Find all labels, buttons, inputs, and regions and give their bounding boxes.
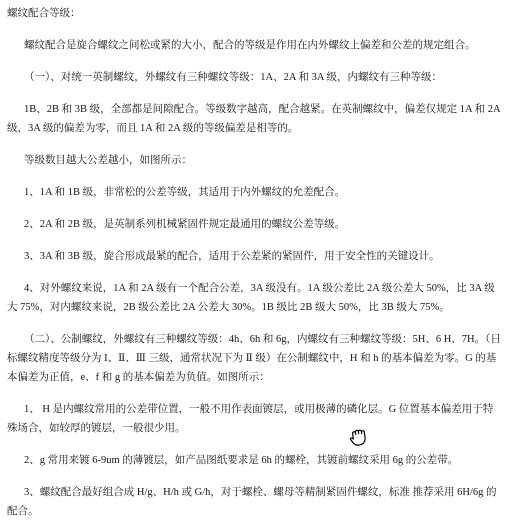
text-line: 1B、2B 和 3B 级，全部都是间隙配合。等级数字越高，配合越紧。在英制螺纹中… (7, 100, 522, 119)
list-item-h-position: 1、 H 是内螺纹常用的公差带位置，一般不用作表面镀层，或用极薄的磷化层。G 位… (7, 400, 522, 438)
text-line: 大 75%，对内螺纹来说，2B 级公差比 2A 公差大 30%。1B 级比 2B… (7, 298, 522, 317)
list-item-fit-combination: 3、螺纹配合最好组合成 H/g、H/h 或 G/h，对于螺栓、螺母等精制紧固件螺… (7, 483, 522, 521)
text-line: （二）、公制螺纹，外螺纹有三种螺纹等级：4h、6h 和 6g，内螺纹有三种螺纹等… (7, 330, 522, 349)
paragraph-tolerance-note: 等级数目越大公差越小，如图所示： (7, 151, 522, 170)
list-item-1a-1b: 1、1A 和 1B 级，非常松的公差等级，其适用于内外螺纹的允差配合。 (7, 183, 522, 202)
text-line: 螺纹配合是旋合螺纹之间松或紧的大小，配合的等级是作用在内外螺纹上偏差和公差的规定… (7, 36, 522, 55)
text-line: 殊场合，如较厚的镀层，一般很少用。 (7, 419, 522, 438)
list-item-3a-3b: 3、3A 和 3B 级，旋合形成最紧的配合，适用于公差紧的紧固件，用于安全性的关… (7, 247, 522, 266)
title-text: 螺纹配合等级： (7, 4, 522, 23)
paragraph-section-2: （二）、公制螺纹，外螺纹有三种螺纹等级：4h、6h 和 6g，内螺纹有三种螺纹等… (7, 330, 522, 387)
text-line: 级，3A 级的偏差为零，而且 1A 和 2A 级的等级偏差是相等的。 (7, 119, 522, 138)
text-line: 等级数目越大公差越小，如图所示： (7, 151, 522, 170)
text-line: 2、2A 和 2B 级，是英制系列机械紧固件规定最通用的螺纹公差等级。 (7, 215, 522, 234)
paragraph-clearance-fit: 1B、2B 和 3B 级，全部都是间隙配合。等级数字越高，配合越紧。在英制螺纹中… (7, 100, 522, 138)
text-line: 4、对外螺纹来说，1A 和 2A 级有一个配合公差，3A 级没有。1A 级公差比… (7, 279, 522, 298)
paragraph-intro: 螺纹配合是旋合螺纹之间松或紧的大小，配合的等级是作用在内外螺纹上偏差和公差的规定… (7, 36, 522, 55)
text-line: 配合。 (7, 502, 522, 521)
paragraph-section-1: （一）、对统一英制螺纹，外螺纹有三种螺纹等级：1A、2A 和 3A 级，内螺纹有… (7, 68, 522, 87)
text-line: 3、3A 和 3B 级，旋合形成最紧的配合，适用于公差紧的紧固件，用于安全性的关… (7, 247, 522, 266)
text-line: （一）、对统一英制螺纹，外螺纹有三种螺纹等级：1A、2A 和 3A 级，内螺纹有… (7, 68, 522, 87)
text-line: 1、1A 和 1B 级，非常松的公差等级，其适用于内外螺纹的允差配合。 (7, 183, 522, 202)
list-item-2a-2b: 2、2A 和 2B 级，是英制系列机械紧固件规定最通用的螺纹公差等级。 (7, 215, 522, 234)
document-page: 螺纹配合等级： 螺纹配合是旋合螺纹之间松或紧的大小，配合的等级是作用在内外螺纹上… (0, 0, 530, 528)
text-line: 标螺纹精度等级分为 I、Ⅱ、Ⅲ 三级，通常状况下为 Ⅱ 级）在公制螺纹中，H 和… (7, 349, 522, 368)
text-line: 本偏差为正值，e、f 和 g 的基本偏差为负值。如图所示： (7, 368, 522, 387)
page-title: 螺纹配合等级： (7, 4, 522, 23)
text-line: 1、 H 是内螺纹常用的公差带位置，一般不用作表面镀层，或用极薄的磷化层。G 位… (7, 400, 522, 419)
text-line: 2、g 常用来镀 6-9um 的薄镀层，如产品图纸要求是 6h 的螺栓，其镀前螺… (7, 451, 522, 470)
list-item-4-tolerances: 4、对外螺纹来说，1A 和 2A 级有一个配合公差，3A 级没有。1A 级公差比… (7, 279, 522, 317)
list-item-g-plating: 2、g 常用来镀 6-9um 的薄镀层，如产品图纸要求是 6h 的螺栓，其镀前螺… (7, 451, 522, 470)
text-line: 3、螺纹配合最好组合成 H/g、H/h 或 G/h，对于螺栓、螺母等精制紧固件螺… (7, 483, 522, 502)
